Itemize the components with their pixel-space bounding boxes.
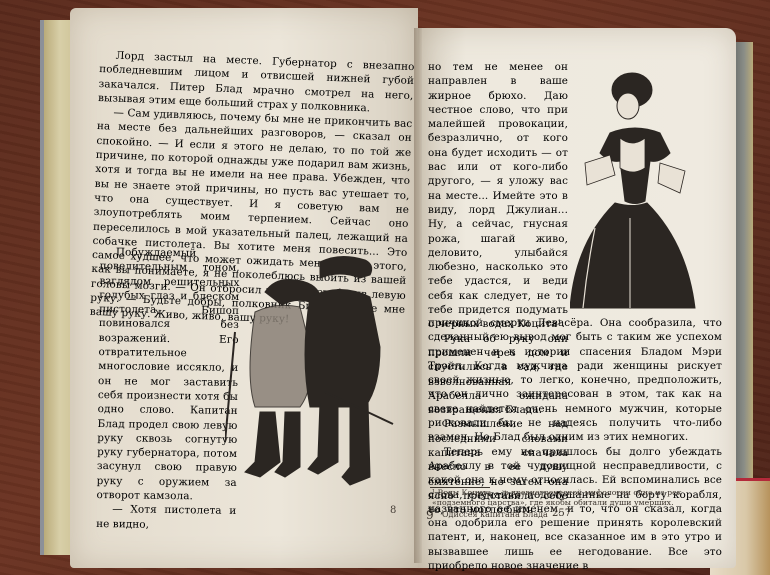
- signature-title: Одиссея капитана Блада: [442, 510, 548, 519]
- woman-illustration: [570, 68, 710, 313]
- signature-number: 9: [426, 508, 434, 522]
- paragraph: причиной смерти Левасёра. Она сообразила…: [428, 316, 722, 445]
- page-number: 257: [552, 508, 571, 519]
- right-page-wide-text: причиной смерти Левасёра. Она сообразила…: [428, 316, 722, 573]
- paragraph: Теперь ему не пришлось бы долго убеждать…: [428, 445, 722, 574]
- book-cover-right-edge: [735, 42, 753, 517]
- paragraph: но тем не менее он направлен в ваше жирн…: [428, 60, 568, 332]
- two-men-illustration: [225, 252, 410, 502]
- paragraph: — Хотя пистолета и не видно,: [96, 502, 236, 533]
- plate-number: 8: [390, 505, 396, 516]
- book-gutter: [414, 28, 422, 563]
- footnote: ¹ Воды Коцита — в древнегреческой мифоло…: [432, 488, 722, 508]
- paragraph: Побуждаемый повелительным тоном, взглядо…: [96, 245, 240, 504]
- left-page-column-text: Побуждаемый повелительным тоном, взглядо…: [96, 245, 240, 533]
